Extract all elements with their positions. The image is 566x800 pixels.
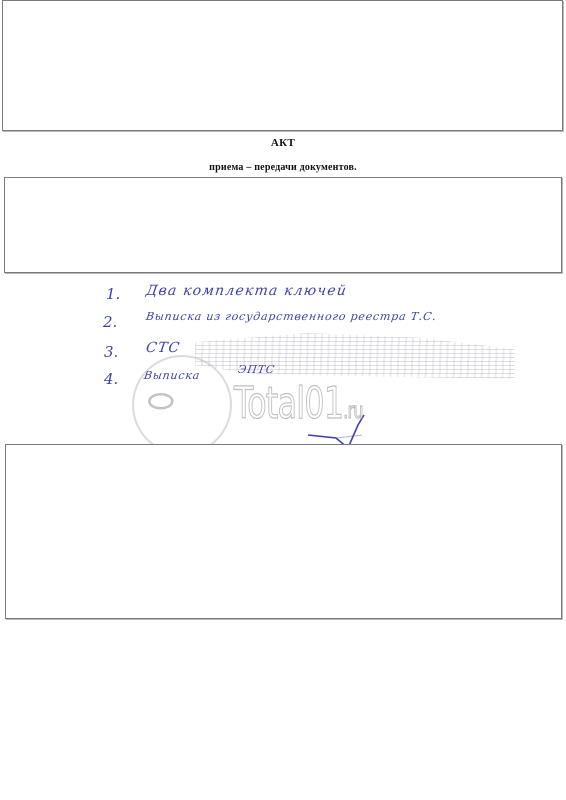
item-1-number: 1.: [106, 285, 120, 303]
watermark-suffix: .ru: [343, 399, 362, 424]
car-logo-icon: ⬭: [148, 384, 174, 419]
item-2-text: Выписка из государственного реестра Т.С.: [145, 310, 437, 323]
watermark-text: Total01.ru: [234, 378, 363, 429]
item-3-text: СТС: [145, 340, 182, 356]
item-4-number: 4.: [104, 370, 118, 388]
item-3-number: 3.: [104, 343, 118, 361]
redacted-parties-box: [4, 177, 562, 273]
item-1-text: Два комплекта ключей: [145, 283, 348, 299]
redacted-signatures-box: [5, 444, 562, 619]
watermark-circle: [132, 355, 232, 455]
document-subtitle: приема – передачи документов.: [0, 162, 566, 173]
redacted-header-box: [2, 0, 563, 131]
item-2-number: 2.: [103, 313, 117, 331]
document-title: АКТ: [0, 137, 566, 149]
watermark-brand: Total01: [234, 378, 343, 429]
